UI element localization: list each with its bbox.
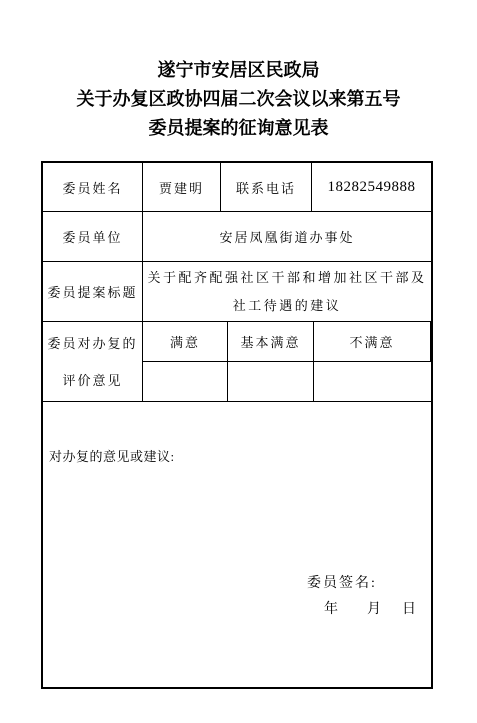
row-member-name: 委员姓名 贾建明 联系电话 18282549888 bbox=[43, 163, 431, 212]
member-name-value: 贾建明 bbox=[143, 163, 221, 211]
evaluation-label-line-1: 委员对办复的 bbox=[47, 325, 137, 362]
date-day-label: 日 bbox=[402, 598, 418, 618]
date-year-label: 年 bbox=[324, 598, 340, 618]
row-evaluation: 委员对办复的 评价意见 满意 基本满意 不满意 bbox=[43, 322, 431, 402]
phone-value: 18282549888 bbox=[312, 163, 431, 211]
document-title: 遂宁市安居区民政局 关于办复区政协四届二次会议以来第五号 委员提案的征询意见表 bbox=[0, 56, 477, 143]
row-member-unit: 委员单位 安居凤凰街道办事处 bbox=[43, 212, 431, 262]
title-line-3: 委员提案的征询意见表 bbox=[0, 114, 477, 143]
title-line-1: 遂宁市安居区民政局 bbox=[0, 56, 477, 85]
option-satisfied-label: 满意 bbox=[143, 322, 228, 362]
proposal-title-line-1: 关于配齐配强社区干部和增加社区干部及 bbox=[147, 264, 426, 292]
option-basically-satisfied-label: 基本满意 bbox=[228, 322, 314, 362]
member-unit-label: 委员单位 bbox=[43, 212, 143, 261]
member-unit-value: 安居凤凰街道办事处 bbox=[143, 212, 431, 261]
evaluation-label: 委员对办复的 评价意见 bbox=[43, 322, 143, 401]
option-basically-satisfied-blank-cell bbox=[228, 362, 314, 401]
signature-label: 委员签名: bbox=[307, 572, 377, 592]
title-line-2: 关于办复区政协四届二次会议以来第五号 bbox=[0, 85, 477, 114]
phone-label: 联系电话 bbox=[221, 163, 312, 211]
proposal-title-value: 关于配齐配强社区干部和增加社区干部及 社工待遇的建议 bbox=[143, 262, 431, 321]
comments-label: 对办复的意见或建议: bbox=[49, 446, 175, 465]
member-name-label: 委员姓名 bbox=[43, 163, 143, 211]
comments-cell: 对办复的意见或建议: 委员签名: 年 月 日 bbox=[43, 402, 431, 687]
feedback-form-table: 委员姓名 贾建明 联系电话 18282549888 委员单位 安居凤凰街道办事处… bbox=[41, 161, 433, 689]
option-not-satisfied-blank-cell bbox=[314, 362, 431, 401]
document-page: 遂宁市安居区民政局 关于办复区政协四届二次会议以来第五号 委员提案的征询意见表 … bbox=[0, 0, 477, 723]
option-satisfied-blank-cell bbox=[143, 362, 228, 401]
row-proposal-title: 委员提案标题 关于配齐配强社区干部和增加社区干部及 社工待遇的建议 bbox=[43, 262, 431, 322]
proposal-title-label: 委员提案标题 bbox=[43, 262, 143, 321]
row-comments: 对办复的意见或建议: 委员签名: 年 月 日 bbox=[43, 402, 431, 687]
proposal-title-line-2: 社工待遇的建议 bbox=[233, 292, 342, 320]
option-not-satisfied-label: 不满意 bbox=[314, 322, 431, 362]
date-month-label: 月 bbox=[367, 598, 383, 618]
evaluation-label-line-2: 评价意见 bbox=[62, 362, 122, 399]
